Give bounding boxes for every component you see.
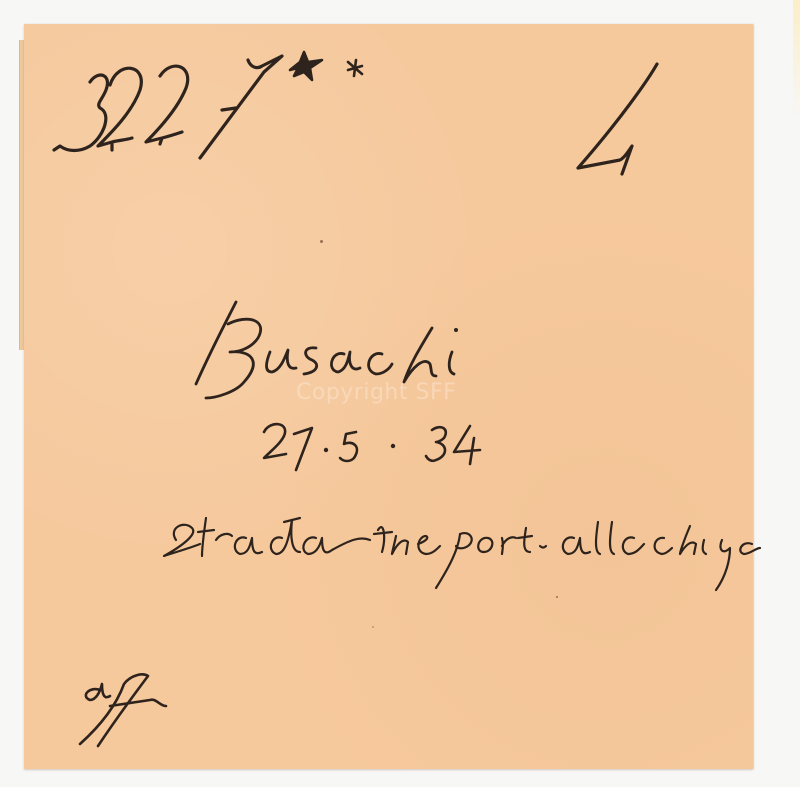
- ink-speck: [556, 596, 558, 598]
- caption-text: Strada che porta alla chiesa: [160, 520, 587, 555]
- ink-speck: [372, 626, 374, 628]
- location-name: Busachi: [196, 310, 453, 384]
- corner-letter: L: [578, 80, 631, 173]
- ink-speck: [320, 240, 323, 243]
- initials-text: affa: [76, 672, 141, 712]
- catalog-number: 3227: [48, 70, 201, 140]
- date-text: 27.5.34: [262, 424, 399, 465]
- copyright-watermark: Copyright SFF: [296, 380, 456, 405]
- catalog-marks: **: [288, 52, 316, 85]
- adjacent-sheet-edge: [793, 0, 800, 120]
